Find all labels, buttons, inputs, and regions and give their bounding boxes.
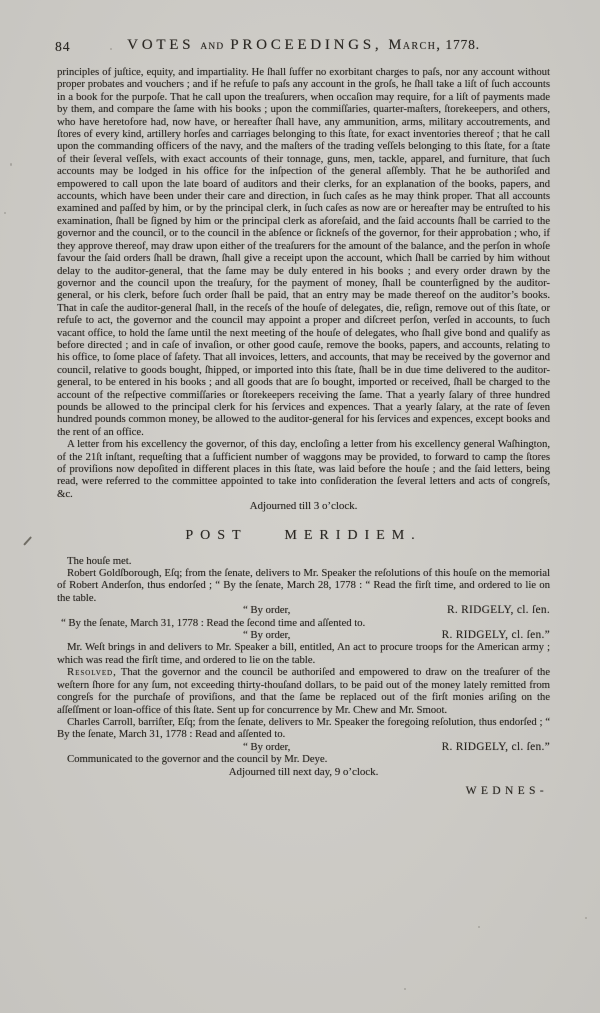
by-order-line: “ By order, R. RIDGELY, cl. ſen.” [57,629,550,641]
title-votes: VOTES [127,37,194,53]
paragraph: Mr. Weſt brings in and delivers to Mr. S… [57,641,550,666]
page-content: 84 VOTES AND PROCEEDINGS,March, 1778. pr… [0,0,600,797]
paragraph: “ By the ſenate, March 31, 1778 : Read t… [57,617,550,629]
paragraph: Resolved, That the governor and the coun… [57,666,550,716]
scanned-document-page: 84 VOTES AND PROCEEDINGS,March, 1778. pr… [0,0,600,1013]
catchword: WEDNES- [57,785,550,797]
paragraph: principles of juſtice, equity, and impar… [57,66,550,438]
title-proceedings: PROCEEDINGS, [230,37,382,53]
title-and: AND [200,42,224,52]
by-order-label: “ By order, [243,741,290,753]
by-order-label: “ By order, [243,604,290,616]
by-order-label: “ By order, [243,629,290,641]
scan-speck [404,988,406,990]
title-month: March, [388,37,441,53]
by-order-line: “ By order, R. RIDGELY, cl. ſen.” [57,741,550,753]
running-header: 84 VOTES AND PROCEEDINGS,March, 1778. [57,36,550,56]
by-order-line: “ By order, R. RIDGELY, cl. ſen. [57,604,550,616]
scan-speck [478,926,480,928]
clerk-signature: R. RIDGELY, cl. ſen.” [442,629,550,641]
paragraph: Charles Carroll, barriſter, Eſq; from th… [57,716,550,741]
paragraph: Robert Goldſborough, Eſq; from the ſenat… [57,567,550,604]
scan-speck [585,917,587,919]
paragraph-text: That the governor and the council be aut… [57,666,550,715]
adjournment-line: Adjourned till next day, 9 o’clock. [57,766,550,778]
adjournment-line: Adjourned till 3 o’clock. [57,500,550,512]
paragraph: The houſe met. [57,555,550,567]
paragraph: A letter from his excellency the governo… [57,438,550,500]
running-title: VOTES AND PROCEEDINGS,March, 1778. [57,36,550,54]
clerk-signature: R. RIDGELY, cl. ſen. [447,604,550,616]
resolved-lead: Resolved, [67,666,117,678]
clerk-signature: R. RIDGELY, cl. ſen.” [442,741,550,753]
title-year: 1778. [445,37,479,52]
paragraph: Communicated to the governor and the cou… [57,753,550,765]
section-heading: POST MERIDIEM. [57,528,550,544]
